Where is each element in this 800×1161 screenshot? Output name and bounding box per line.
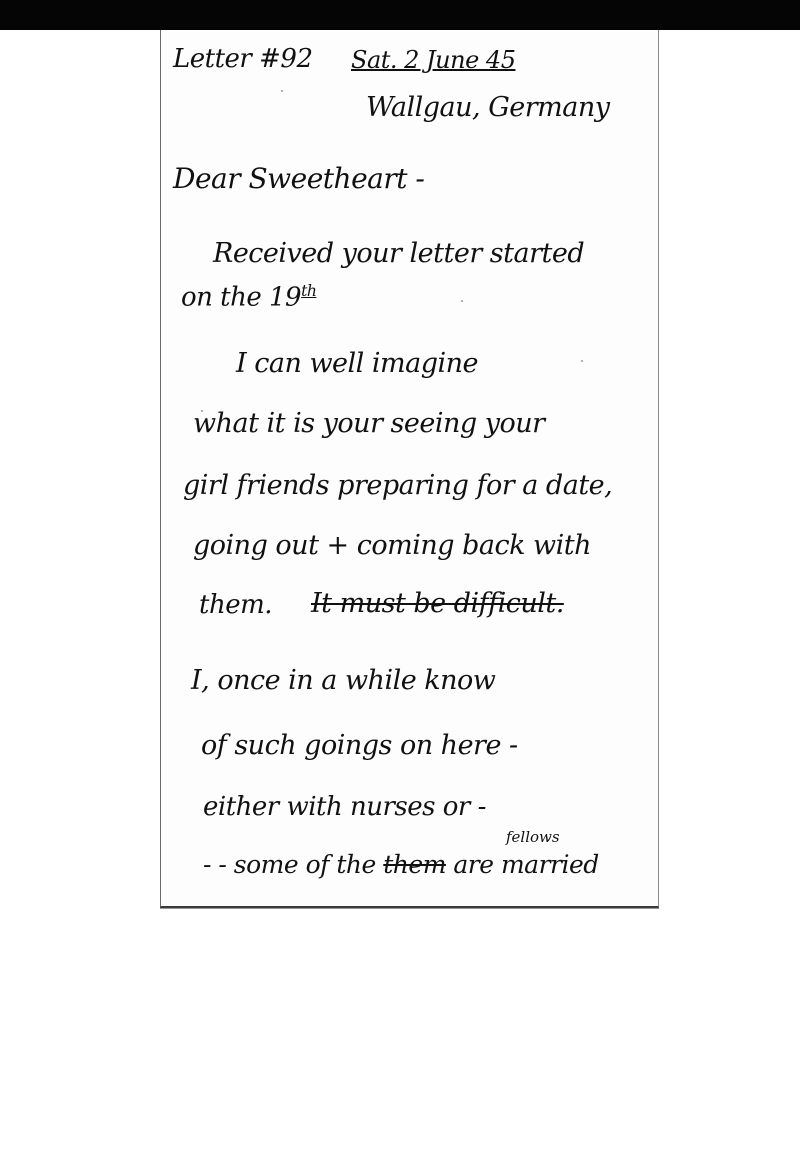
body-line-9: I, once in a while know [191, 665, 495, 696]
scan-speck [581, 360, 583, 362]
salutation: Dear Sweetheart - [173, 162, 424, 195]
body-line-10: of such goings on here - [201, 730, 518, 761]
body-line-11: either with nurses or - [203, 792, 486, 822]
body-line-12-text: - - some of the [203, 850, 376, 879]
body-line-3: I can well imagine [236, 348, 478, 379]
letter-location: Wallgau, Germany [366, 92, 610, 123]
scan-speck [281, 90, 283, 92]
superscript-th: th [301, 282, 316, 300]
scan-speck [461, 300, 463, 302]
body-line-5: girl friends preparing for a date, [183, 470, 612, 501]
inserted-word: fellows [506, 828, 560, 846]
letter-sheet: Letter #92 Sat. 2 June 45 Wallgau, Germa… [160, 30, 659, 908]
letter-date: Sat. 2 June 45 [351, 46, 515, 74]
body-line-2-text: on the 19 [181, 283, 301, 313]
body-line-2: on the 19th [181, 282, 316, 313]
body-line-4: what it is your seeing your [193, 408, 545, 439]
body-line-6: going out + coming back with [193, 530, 591, 561]
body-line-1: Received your letter started [213, 238, 584, 269]
letter-number: Letter #92 [173, 44, 313, 74]
body-line-12: - - some of the them are married [203, 850, 599, 879]
body-line-7: them. [199, 590, 272, 620]
struck-word: them [383, 850, 446, 879]
body-line-8: It must be difficult. [311, 588, 564, 619]
body-line-13-text: are married [453, 850, 598, 879]
scanner-top-bar [0, 0, 800, 30]
